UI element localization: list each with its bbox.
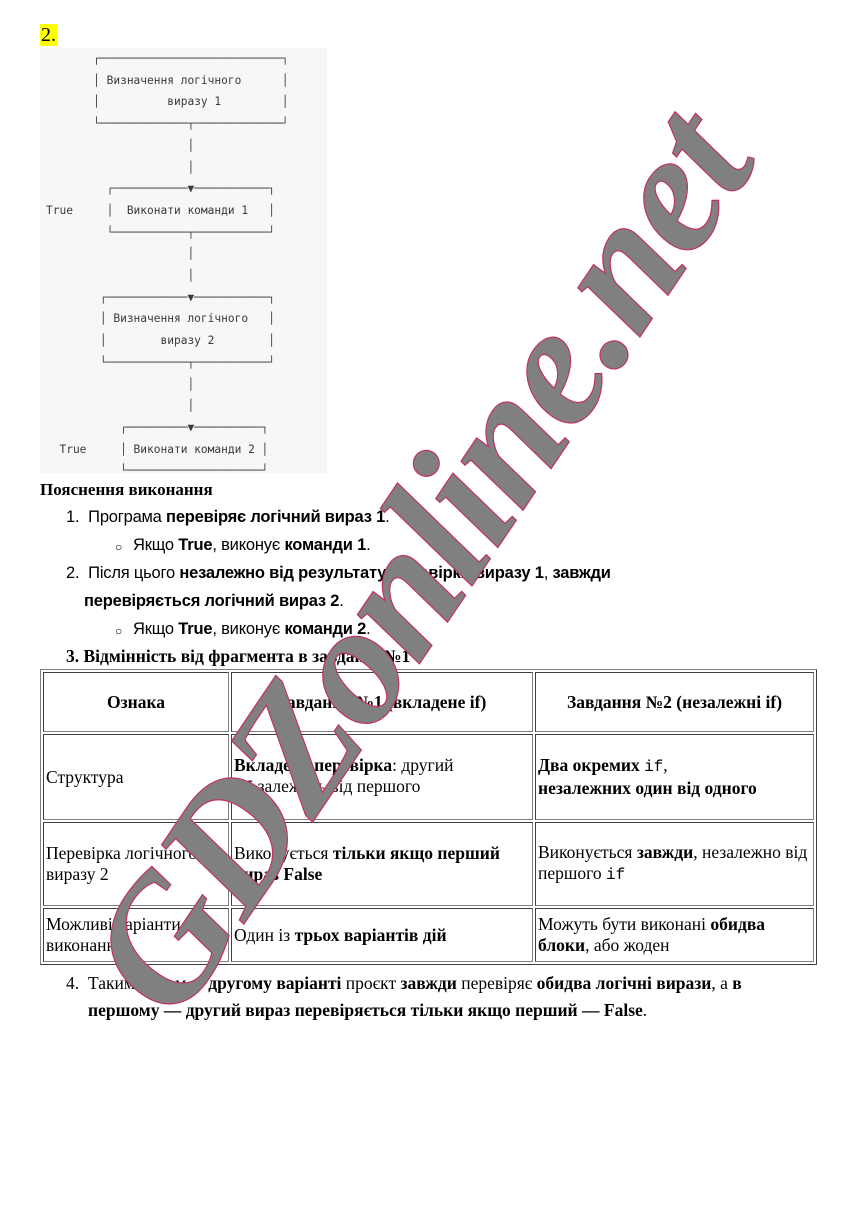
bold-text: команди 2 xyxy=(284,620,366,638)
list-item-3-heading: 3. Відмінність від фрагмента в завданні … xyxy=(66,646,410,667)
text: Таким чином, xyxy=(88,973,195,993)
bullet-circle-icon: ○ xyxy=(115,624,122,639)
code-text: if xyxy=(234,779,253,797)
cell-feature: Перевірка логічного виразу 2 xyxy=(43,822,229,906)
bold-text: Два окремих xyxy=(538,755,644,775)
bold-text: у другому варіанті xyxy=(195,973,341,993)
bold-text: незалежних один від одного xyxy=(538,778,757,798)
bold-text: завжди xyxy=(400,973,456,993)
cell-feature: Можливі варіанти виконання xyxy=(43,908,229,962)
text: перевіряє xyxy=(457,973,537,993)
text: . xyxy=(366,620,370,638)
bold-text: перевіряє логічний вираз 1 xyxy=(166,508,385,526)
cell-feature: Структура xyxy=(43,734,229,820)
text: , виконує xyxy=(212,620,284,638)
bold-text: незалежно від результату перевірки вираз… xyxy=(179,564,543,582)
table-row: Можливі варіанти виконання Один із трьох… xyxy=(43,908,814,962)
text: Можуть бути виконані xyxy=(538,914,710,934)
text: , виконує xyxy=(212,536,284,554)
table-row: Структура Вкладена перевірка: другий if … xyxy=(43,734,814,820)
list-item-2: 2. Після цього незалежно від результату … xyxy=(66,564,611,583)
bold-text: трьох варіантів дій xyxy=(295,925,447,945)
task-number: 2. xyxy=(40,24,57,46)
table-row: Перевірка логічного виразу 2 Виконується… xyxy=(43,822,814,906)
header-task2: Завдання №2 (незалежні if) xyxy=(535,672,814,732)
cell-task1: Один із трьох варіантів дій xyxy=(231,908,533,962)
document-page: 2. ┌───────────────────────────┐ │ Визна… xyxy=(0,0,860,1224)
text: . xyxy=(339,592,343,610)
list-number: 2. xyxy=(66,564,79,582)
bold-text: команди 1 xyxy=(284,536,366,554)
text: Виконується xyxy=(234,843,333,863)
header-task1: Завдання №1 (вкладене if) xyxy=(231,672,533,732)
text: залежить від першого xyxy=(253,776,420,796)
comparison-table: Ознака Завдання №1 (вкладене if) Завданн… xyxy=(40,669,817,965)
bold-text: True xyxy=(178,536,212,554)
cell-task2: Виконується завжди, незалежно від першог… xyxy=(535,822,814,906)
text: : другий xyxy=(392,755,453,775)
table-header-row: Ознака Завдання №1 (вкладене if) Завданн… xyxy=(43,672,814,732)
cell-task1: Виконується тільки якщо перший вираз Fal… xyxy=(231,822,533,906)
text: Якщо xyxy=(133,536,178,554)
list-item-2-cont: перевіряється логічний вираз 2. xyxy=(84,592,344,611)
cell-task1: Вкладена перевірка: другий if залежить в… xyxy=(231,734,533,820)
text: проєкт xyxy=(341,973,400,993)
text: Виконується xyxy=(538,842,637,862)
code-text: if xyxy=(606,866,625,884)
list-number: 1. xyxy=(66,508,79,526)
list-subitem-2: Якщо True, виконує команди 2. xyxy=(133,620,370,639)
text: Один із xyxy=(234,925,295,945)
text: Програма xyxy=(88,508,166,526)
bold-text: завжди xyxy=(553,564,611,582)
section-title: Пояснення виконання xyxy=(40,480,213,500)
text: . xyxy=(366,536,370,554)
list-subitem-1: Якщо True, виконує команди 1. xyxy=(133,536,370,555)
text: . xyxy=(385,508,389,526)
bold-text: завжди xyxy=(637,842,693,862)
cell-task2: Два окремих if,незалежних один від одног… xyxy=(535,734,814,820)
ascii-flowchart: ┌───────────────────────────┐ │ Визначен… xyxy=(46,48,288,482)
code-text: if xyxy=(644,758,663,776)
bold-text: True xyxy=(178,620,212,638)
bold-text: Вкладена перевірка xyxy=(234,755,392,775)
text: . xyxy=(643,1000,647,1020)
bold-text: обидва логічні вирази xyxy=(537,973,712,993)
flow-diagram: ┌───────────────────────────┐ │ Визначен… xyxy=(40,48,327,473)
conclusion-text: Таким чином, у другому варіанті проєкт з… xyxy=(88,970,806,1024)
text: , xyxy=(663,755,667,775)
text: Після цього xyxy=(88,564,179,582)
bullet-circle-icon: ○ xyxy=(115,540,122,555)
header-feature: Ознака xyxy=(43,672,229,732)
list-item-1: 1. Програма перевіряє логічний вираз 1. xyxy=(66,508,389,527)
text: Якщо xyxy=(133,620,178,638)
text: , або жоден xyxy=(585,935,669,955)
list-item-4: 4. Таким чином, у другому варіанті проєк… xyxy=(66,970,806,1024)
list-number: 4. xyxy=(66,970,79,997)
text: , xyxy=(544,564,553,582)
bold-text: перевіряється логічний вираз 2 xyxy=(84,592,339,610)
text: , а xyxy=(711,973,732,993)
cell-task2: Можуть бути виконані обидва блоки, або ж… xyxy=(535,908,814,962)
